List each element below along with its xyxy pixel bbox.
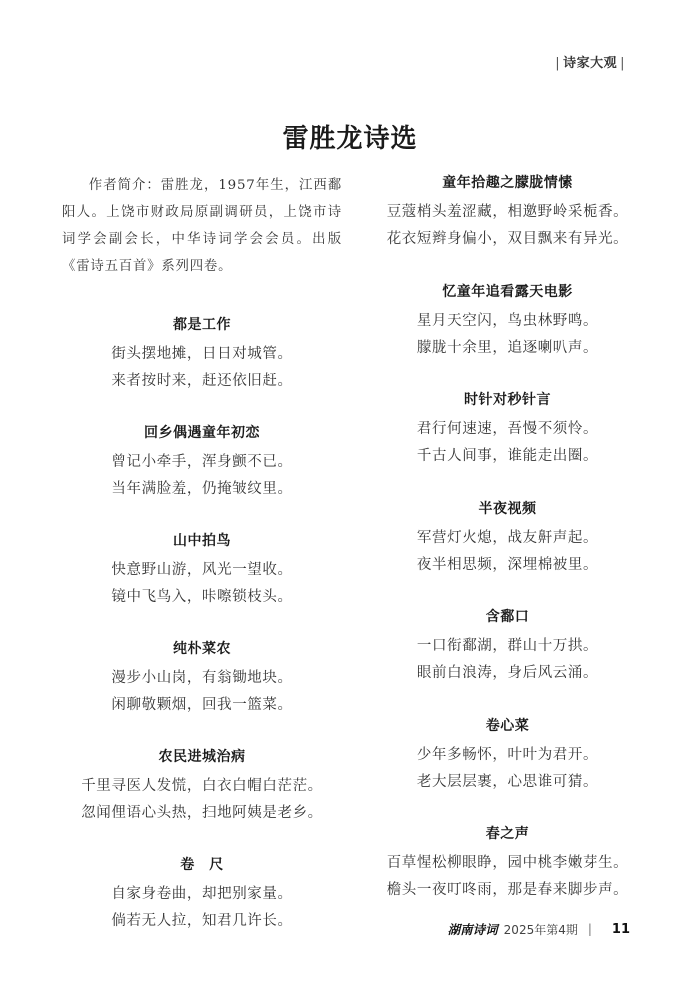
poem-line: 眼前白浪涛，身后风云涌。 [380, 660, 635, 687]
poem-title: 忆童年追看露天电影 [380, 281, 635, 303]
poem-line: 夜半相思频，深埋棉被里。 [380, 552, 635, 579]
poem-line: 老大层层裹，心思谁可猜。 [380, 769, 635, 796]
divider: | [584, 922, 596, 936]
poem-line: 军营灯火熄，战友鼾声起。 [380, 525, 635, 552]
poem-line: 自家身卷曲，却把别家量。 [62, 881, 342, 908]
poem-line: 当年满脸羞，仍掩皱纹里。 [62, 476, 342, 503]
poem-line: 曾记小牵手，浑身颤不已。 [62, 449, 342, 476]
poem-line: 君行何速速，吾慢不须怜。 [380, 416, 635, 443]
poem-title: 回乡偶遇童年初恋 [62, 422, 342, 444]
poem-line: 街头摆地摊，日日对城管。 [62, 341, 342, 368]
poem-line: 快意野山游，风光一望收。 [62, 557, 342, 584]
poem-line: 千古人间事，谁能走出圈。 [380, 443, 635, 470]
poem-line: 千里寻医人发慌，白衣白帽白茫茫。 [62, 773, 342, 800]
poem-line: 檐头一夜叮咚雨，那是春来脚步声。 [380, 877, 635, 904]
divider: | [617, 56, 628, 71]
poem: 纯朴菜农 漫步小山岗，有翁锄地块。 闲聊敬颗烟，回我一篮菜。 [62, 638, 342, 719]
page-footer: 湖南诗词 2025年第4期 | 11 [448, 920, 630, 938]
poem: 童年拾趣之朦胧情愫 豆蔻梢头羞涩藏，相邀野岭采栀香。 花衣短辫身偏小，双目飘来有… [380, 172, 635, 253]
poem-title: 春之声 [380, 823, 635, 845]
poem: 农民进城治病 千里寻医人发慌，白衣白帽白茫茫。 忽闻俚语心头热，扫地阿姨是老乡。 [62, 746, 342, 827]
poem-line: 星月天空闪，鸟虫林野鸣。 [380, 308, 635, 335]
poem: 都是工作 街头摆地摊，日日对城管。 来者按时来，赶还依旧赶。 [62, 314, 342, 395]
poem-line: 一口衔鄱湖，群山十万拱。 [380, 633, 635, 660]
page-number: 11 [612, 922, 630, 937]
poem-title: 山中拍鸟 [62, 530, 342, 552]
poem-line: 百草惺松柳眼睁，园中桃李嫩芽生。 [380, 850, 635, 877]
poem-title: 时针对秒针言 [380, 389, 635, 411]
poem-line: 来者按时来，赶还依旧赶。 [62, 368, 342, 395]
right-column: 童年拾趣之朦胧情愫 豆蔻梢头羞涩藏，相邀野岭采栀香。 花衣短辫身偏小，双目飘来有… [380, 172, 635, 932]
poem-line: 闲聊敬颗烟，回我一篮菜。 [62, 692, 342, 719]
poem-line: 朦胧十余里，追逐喇叭声。 [380, 335, 635, 362]
poem: 春之声 百草惺松柳眼睁，园中桃李嫩芽生。 檐头一夜叮咚雨，那是春来脚步声。 [380, 823, 635, 904]
poem-line: 倘若无人拉，知君几许长。 [62, 908, 342, 935]
poem: 含鄱口 一口衔鄱湖，群山十万拱。 眼前白浪涛，身后风云涌。 [380, 606, 635, 687]
poem: 卷心菜 少年多畅怀，叶叶为君开。 老大层层裹，心思谁可猜。 [380, 715, 635, 796]
poem: 时针对秒针言 君行何速速，吾慢不须怜。 千古人间事，谁能走出圈。 [380, 389, 635, 470]
poem-title: 卷 尺 [62, 854, 342, 876]
poem-title: 农民进城治病 [62, 746, 342, 768]
poem-line: 镜中飞鸟入，咔嚓锁枝头。 [62, 584, 342, 611]
divider: | [552, 56, 563, 71]
page-title: 雷胜龙诗选 [0, 118, 700, 155]
poem-title: 含鄱口 [380, 606, 635, 628]
poem: 卷 尺 自家身卷曲，却把别家量。 倘若无人拉，知君几许长。 [62, 854, 342, 935]
poem-title: 纯朴菜农 [62, 638, 342, 660]
poem: 回乡偶遇童年初恋 曾记小牵手，浑身颤不已。 当年满脸羞，仍掩皱纹里。 [62, 422, 342, 503]
poem-line: 漫步小山岗，有翁锄地块。 [62, 665, 342, 692]
poem-title: 童年拾趣之朦胧情愫 [380, 172, 635, 194]
section-tag-label: 诗家大观 [563, 56, 617, 71]
section-tag: |诗家大观| [552, 52, 628, 71]
poem: 山中拍鸟 快意野山游，风光一望收。 镜中飞鸟入，咔嚓锁枝头。 [62, 530, 342, 611]
poem-line: 豆蔻梢头羞涩藏，相邀野岭采栀香。 [380, 199, 635, 226]
poem-line: 忽闻俚语心头热，扫地阿姨是老乡。 [62, 800, 342, 827]
author-intro: 作者简介：雷胜龙，1957年生，江西鄱阳人。上饶市财政局原副调研员，上饶市诗词学… [62, 172, 342, 280]
poem-line: 花衣短辫身偏小，双目飘来有异光。 [380, 226, 635, 253]
poem-line: 少年多畅怀，叶叶为君开。 [380, 742, 635, 769]
poem: 忆童年追看露天电影 星月天空闪，鸟虫林野鸣。 朦胧十余里，追逐喇叭声。 [380, 281, 635, 362]
poem-title: 半夜视频 [380, 498, 635, 520]
magazine-logo: 湖南诗词 [448, 920, 498, 938]
poem: 半夜视频 军营灯火熄，战友鼾声起。 夜半相思频，深埋棉被里。 [380, 498, 635, 579]
issue-label: 2025年第4期 [504, 921, 578, 938]
poem-title: 都是工作 [62, 314, 342, 336]
left-column: 作者简介：雷胜龙，1957年生，江西鄱阳人。上饶市财政局原副调研员，上饶市诗词学… [62, 172, 342, 962]
poem-title: 卷心菜 [380, 715, 635, 737]
